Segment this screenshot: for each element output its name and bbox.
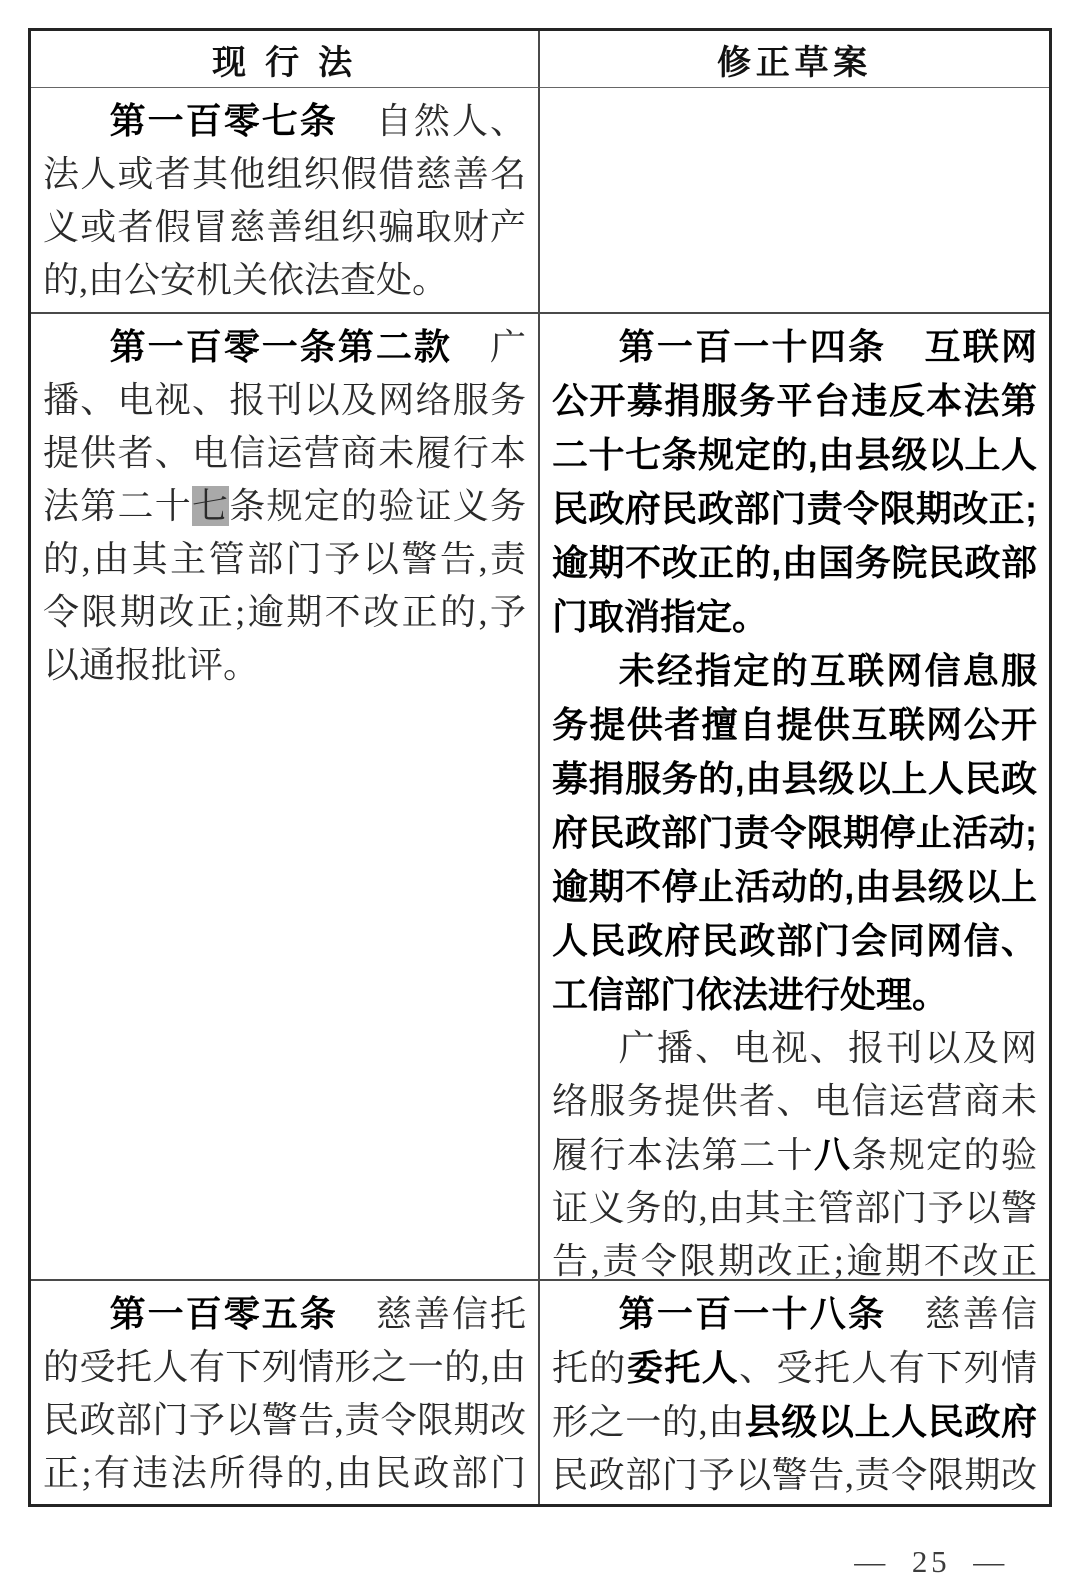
bold-text: 第一百零一条第二款 bbox=[110, 326, 452, 367]
bold-text: 第一百零五条 bbox=[110, 1293, 338, 1334]
cell-row2-current-law: 第一百零一条第二款 广播、电视、报刊以及网络服务提供者、电信运营商未履行本法第二… bbox=[31, 314, 540, 1281]
cell-row3-draft-amendment: 第一百一十八条 慈善信托的委托人、受托人有下列情形之一的,由县级以上人民政府民政… bbox=[540, 1281, 1049, 1504]
header-draft-amendment-label: 修正草案 bbox=[717, 35, 872, 84]
cell-row1-draft-amendment bbox=[540, 88, 1049, 314]
header-current-law: 现 行 法 bbox=[31, 31, 540, 88]
bold-text: 第一百一十四条 bbox=[619, 326, 887, 367]
regular-text: 民政部门予以警告,责令限期改正;有 bbox=[552, 1455, 1037, 1504]
law-paragraph-article-101-2: 第一百零一条第二款 广播、电视、报刊以及网络服务提供者、电信运营商未履行本法第二… bbox=[43, 320, 526, 692]
cell-row3-current-law: 第一百零五条 慈善信托的受托人有下列情形之一的,由民政部门予以警告,责令限期改正… bbox=[31, 1281, 540, 1504]
cell-row2-draft-amendment: 第一百一十四条 互联网公开募捐服务平台违反本法第二十七条规定的,由县级以上人民政… bbox=[540, 314, 1049, 1281]
law-paragraph-article-107: 第一百零七条 自然人、法人或者其他组织假借慈善名义或者假冒慈善组织骗取财产的,由… bbox=[43, 94, 526, 307]
comparison-table: 现 行 法 修正草案 第一百零七条 自然人、法人或者其他组织假借慈善名义或者假冒… bbox=[28, 28, 1052, 1507]
highlighted-text: 七 bbox=[192, 486, 229, 526]
law-paragraph-article-118: 第一百一十八条 慈善信托的委托人、受托人有下列情形之一的,由县级以上人民政府民政… bbox=[552, 1287, 1037, 1504]
law-paragraph-article-105: 第一百零五条 慈善信托的受托人有下列情形之一的,由民政部门予以警告,责令限期改正… bbox=[43, 1287, 526, 1504]
page-number: — 25 — bbox=[854, 1544, 1008, 1580]
bold-text: 县级以上人民政府 bbox=[745, 1401, 1037, 1442]
bold-text: 第一百零七条 bbox=[110, 100, 338, 141]
header-draft-amendment: 修正草案 bbox=[540, 31, 1049, 88]
bold-text: 八 bbox=[814, 1134, 851, 1175]
law-paragraph-article-114-p1: 第一百一十四条 互联网公开募捐服务平台违反本法第二十七条规定的,由县级以上人民政… bbox=[552, 320, 1037, 644]
bold-text: 互联网公开募捐服务平台违反本法第二十七条规定的,由县级以上人民政府民政部门责令限… bbox=[552, 326, 1037, 637]
law-paragraph-article-114-p2: 未经指定的互联网信息服务提供者擅自提供互联网公开募捐服务的,由县级以上人民政府民… bbox=[552, 644, 1037, 1022]
bold-text: 未经指定的互联网信息服务提供者擅自提供互联网公开募捐服务的,由县级以上人民政府民… bbox=[552, 650, 1037, 1015]
header-current-law-label: 现 行 法 bbox=[212, 35, 357, 84]
cell-row1-current-law: 第一百零七条 自然人、法人或者其他组织假借慈善名义或者假冒慈善组织骗取财产的,由… bbox=[31, 88, 540, 314]
law-paragraph-article-114-p3: 广播、电视、报刊以及网络服务提供者、电信运营商未履行本法第二十八条规定的验证义务… bbox=[552, 1022, 1037, 1281]
bold-text: 第一百一十八条 bbox=[619, 1293, 887, 1334]
bold-text: 委托人 bbox=[627, 1347, 739, 1388]
